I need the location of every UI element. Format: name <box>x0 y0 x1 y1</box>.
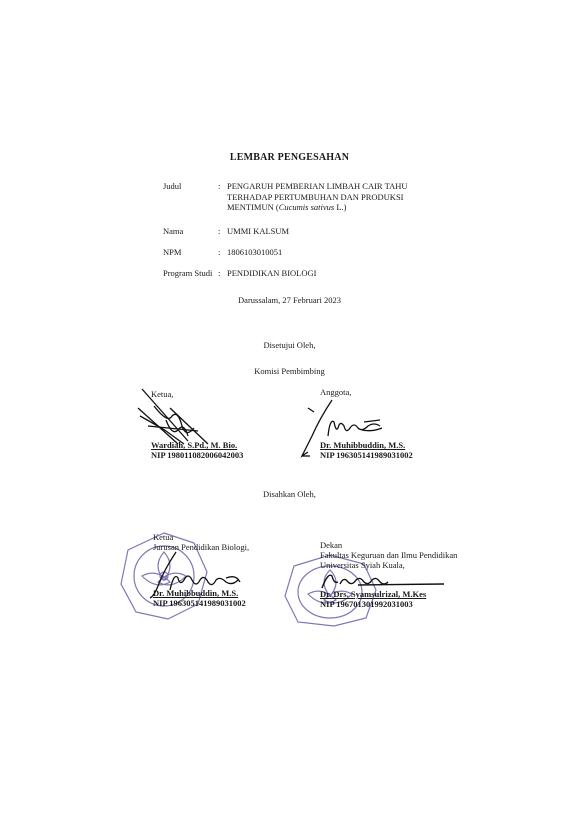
title-line-2: TERHADAP PERTUMBUHAN DAN PRODUKSI <box>227 192 408 203</box>
advisor-member-name: Dr. Muhibbuddin, M.S. <box>320 440 405 450</box>
advisor-member-nip: NIP 196305141989031002 <box>320 450 413 460</box>
ratifier-dean-role: Dekan Fakultas Keguruan dan Ilmu Pendidi… <box>320 540 457 570</box>
committee-heading: Komisi Pembimbing <box>0 366 579 376</box>
approved-by-heading: Disetujui Oleh, <box>0 340 579 350</box>
ratifier-department-head-name: Dr. Muhibbuddin, M.S. <box>153 588 238 598</box>
field-value-npm: 1806103010051 <box>227 247 282 258</box>
species-name: Cucumis sativus <box>279 202 335 212</box>
field-separator: : <box>218 226 220 236</box>
place-date: Darussalam, 27 Februari 2023 <box>0 295 579 305</box>
role-line: Dekan <box>320 540 457 550</box>
signature-icon <box>138 386 218 446</box>
field-value-nama: UMMI KALSUM <box>227 226 289 237</box>
ratifier-department-head-nip: NIP 196305141989031002 <box>153 598 246 608</box>
title-line-3: MENTIMUN (Cucumis sativus L.) <box>227 202 408 213</box>
title-line-3-suffix: L.) <box>334 202 346 212</box>
role-line: Ketua <box>153 532 249 542</box>
field-value-judul: PENGARUH PEMBERIAN LIMBAH CAIR TAHU TERH… <box>227 181 408 213</box>
field-label-program-studi: Program Studi <box>163 268 212 278</box>
field-label-nama: Nama <box>163 226 183 236</box>
field-separator: : <box>218 268 220 278</box>
document-title: LEMBAR PENGESAHAN <box>0 152 579 163</box>
ratifier-dean-name: Dr. Drs. Syamsulrizal, M.Kes <box>320 589 426 599</box>
field-separator: : <box>218 247 220 257</box>
advisor-member-role: Anggota, <box>320 387 351 397</box>
role-line: Fakultas Keguruan dan Ilmu Pendidikan <box>320 550 457 560</box>
ratifier-department-head-role: Ketua Jurusan Pendidikan Biologi, <box>153 532 249 552</box>
field-value-program-studi: PENDIDIKAN BIOLOGI <box>227 268 316 279</box>
advisor-chair-nip: NIP 198011082006042003 <box>151 450 243 460</box>
field-label-judul: Judul <box>163 181 181 191</box>
ratified-by-heading: Disahkan Oleh, <box>0 489 579 499</box>
title-line-3-prefix: MENTIMUN ( <box>227 202 279 212</box>
advisor-chair-name: Wardiah, S.Pd., M. Bio. <box>151 440 237 450</box>
field-separator: : <box>218 181 220 191</box>
title-line-1: PENGARUH PEMBERIAN LIMBAH CAIR TAHU <box>227 181 408 192</box>
field-label-npm: NPM <box>163 247 181 257</box>
ratifier-dean-nip: NIP 196701301992031003 <box>320 599 413 609</box>
